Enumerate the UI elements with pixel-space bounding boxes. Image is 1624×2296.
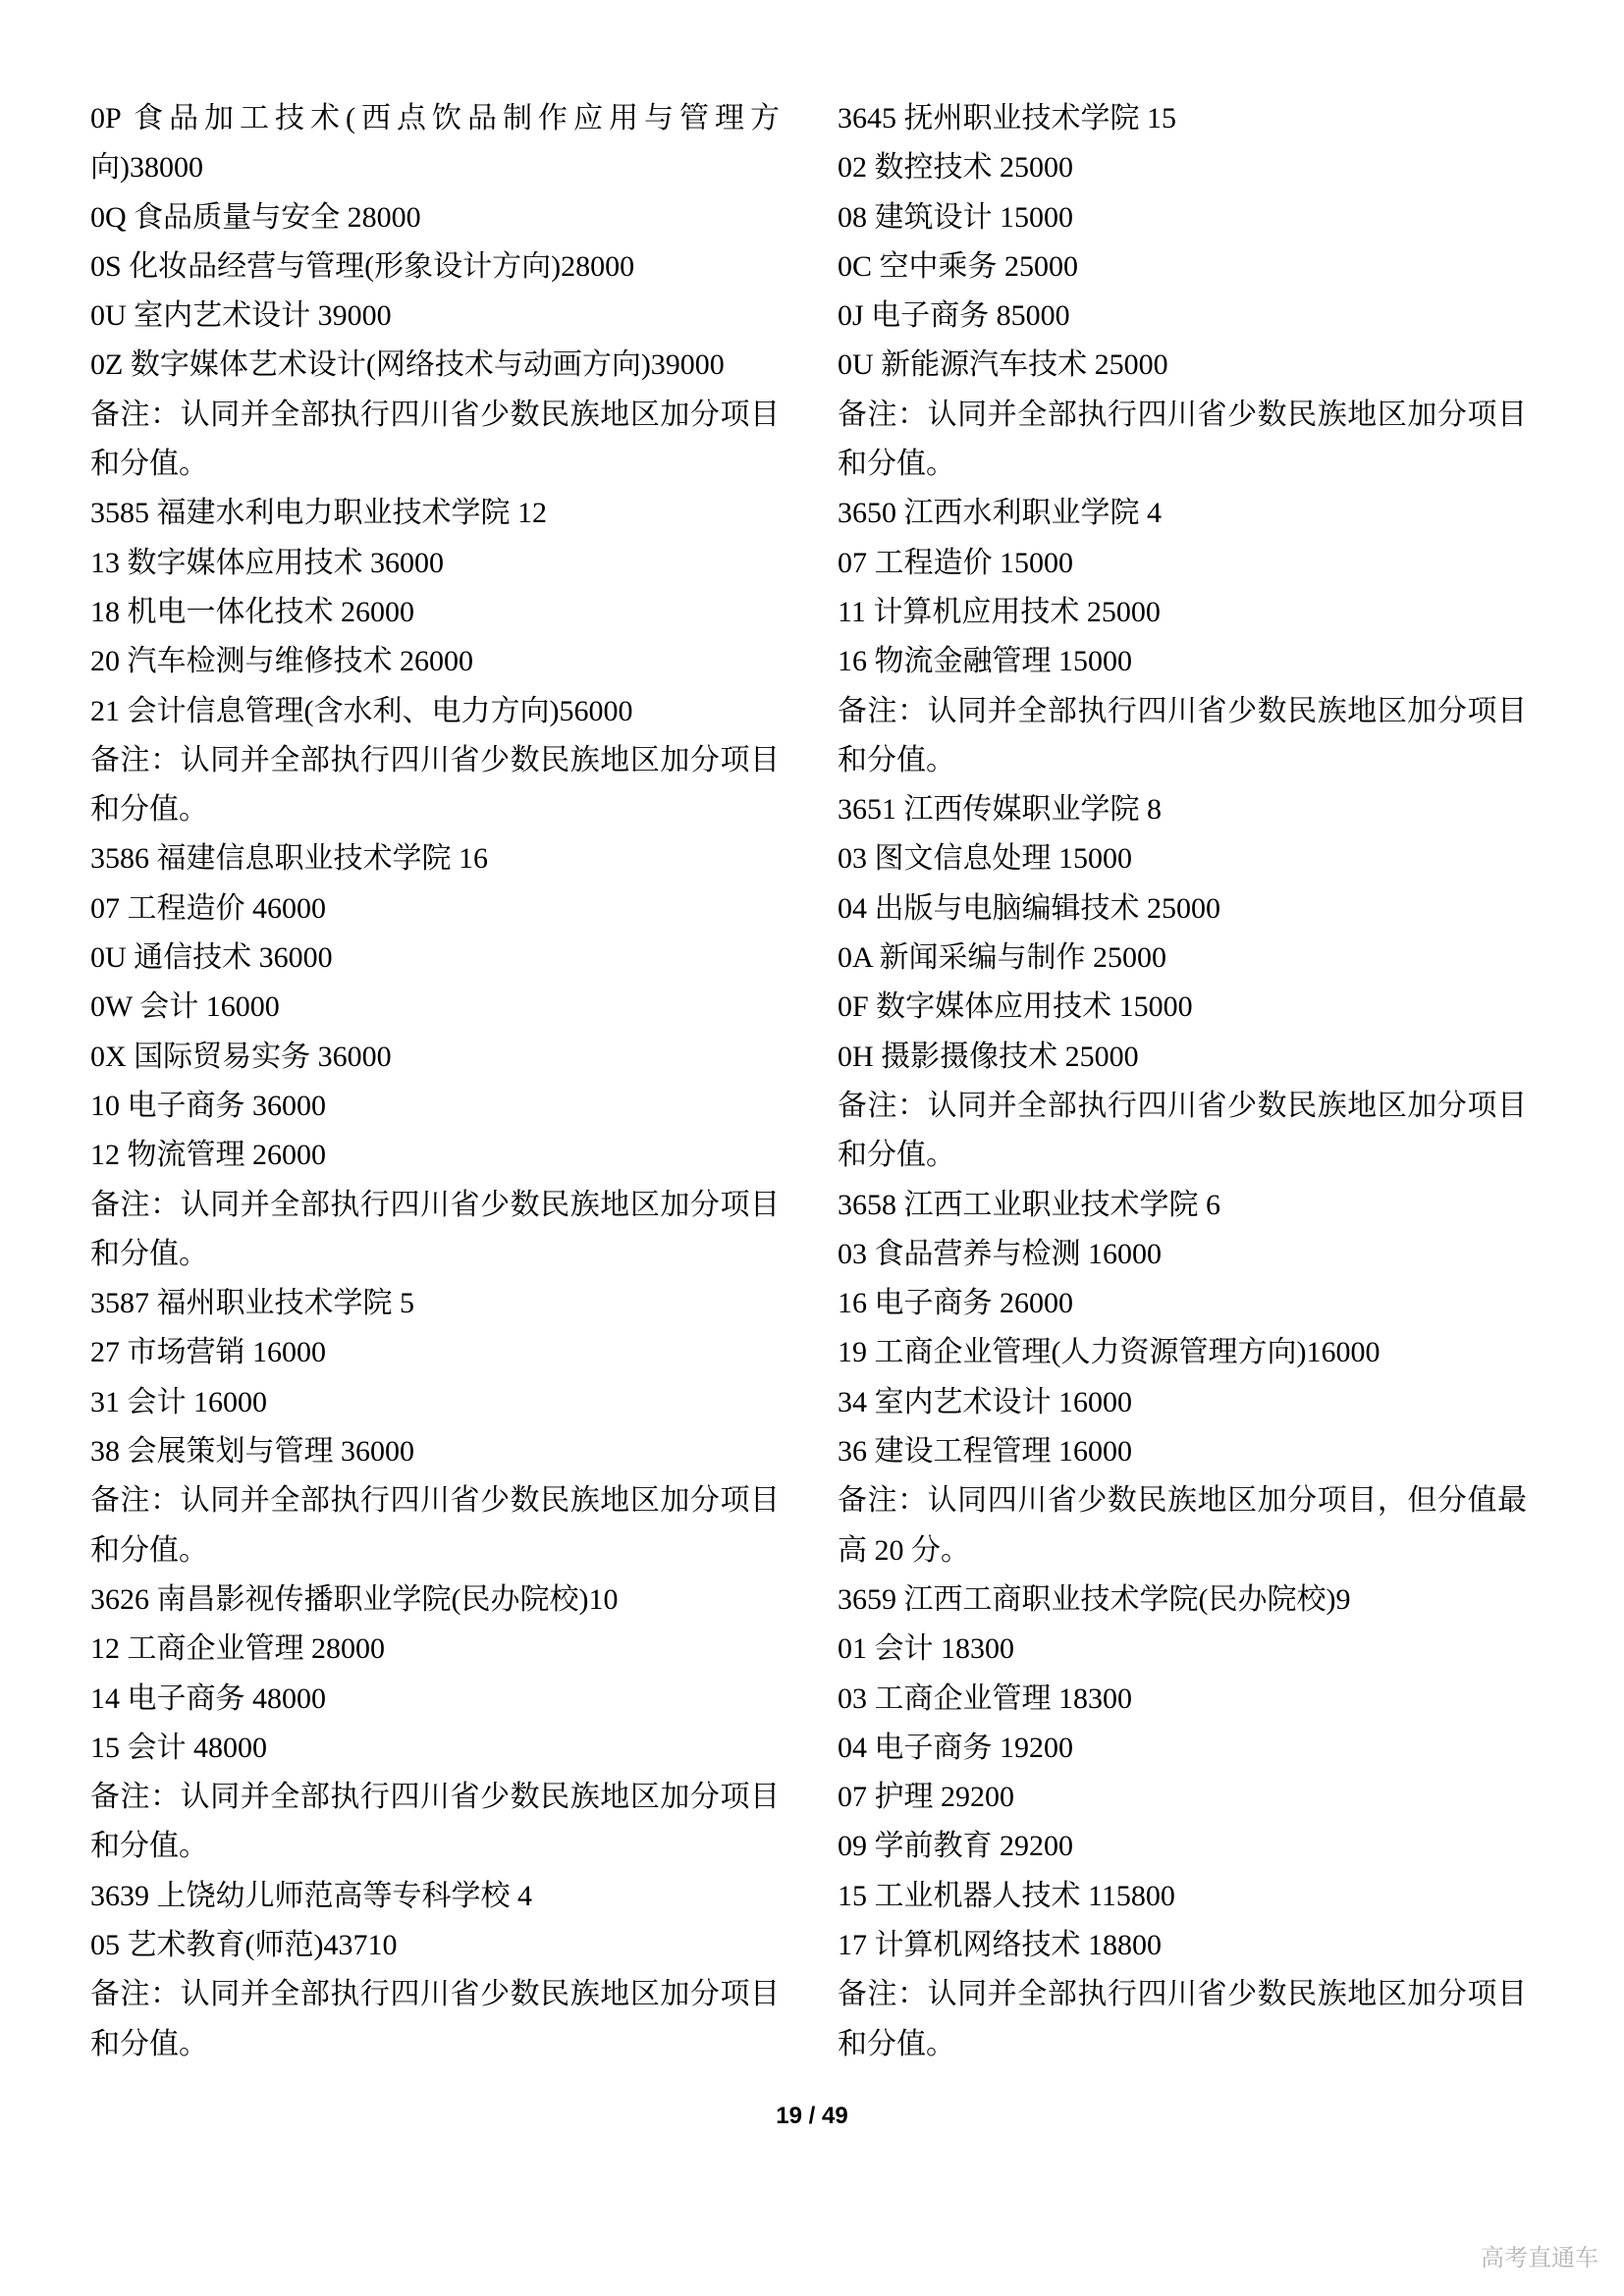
page-number: 19 / 49 (0, 2103, 1624, 2130)
text-line: 03 食品营养与检测 16000 (838, 1230, 1527, 1279)
text-line: 向)38000 (90, 143, 780, 192)
text-line: 04 出版与电脑编辑技术 25000 (838, 884, 1527, 934)
text-line: 03 工商企业管理 18300 (838, 1675, 1527, 1724)
text-line: 09 学前教育 29200 (838, 1822, 1527, 1871)
text-line: 31 会计 16000 (90, 1378, 780, 1427)
text-line: 3626 南昌影视传播职业学院(民办院校)10 (90, 1575, 780, 1625)
text-line: 38 会展策划与管理 36000 (90, 1427, 780, 1476)
text-line: 备注：认同并全部执行四川省少数民族地区加分项目 (90, 1181, 780, 1230)
text-line: 3645 抚州职业技术学院 15 (838, 94, 1527, 143)
text-line: 01 会计 18300 (838, 1625, 1527, 1674)
text-line: 16 电子商务 26000 (838, 1279, 1527, 1328)
text-line: 0P 食品加工技术(西点饮品制作应用与管理方 (90, 94, 780, 143)
text-line: 0C 空中乘务 25000 (838, 242, 1527, 292)
text-line: 10 电子商务 36000 (90, 1082, 780, 1131)
text-line: 备注：认同并全部执行四川省少数民族地区加分项目 (838, 687, 1527, 736)
text-line: 0J 电子商务 85000 (838, 292, 1527, 341)
text-line: 13 数字媒体应用技术 36000 (90, 539, 780, 588)
text-line: 15 会计 48000 (90, 1724, 780, 1773)
text-line: 和分值。 (838, 440, 1527, 489)
text-line: 备注：认同并全部执行四川省少数民族地区加分项目 (90, 736, 780, 785)
text-line: 3650 江西水利职业学院 4 (838, 489, 1527, 538)
text-line: 17 计算机网络技术 18800 (838, 1921, 1527, 1970)
text-line: 备注：认同并全部执行四川省少数民族地区加分项目 (838, 1082, 1527, 1131)
text-line: 12 工商企业管理 28000 (90, 1625, 780, 1674)
text-line: 19 工商企业管理(人力资源管理方向)16000 (838, 1328, 1527, 1377)
text-line: 3658 江西工业职业技术学院 6 (838, 1181, 1527, 1230)
text-line: 和分值。 (838, 736, 1527, 785)
text-line: 14 电子商务 48000 (90, 1675, 780, 1724)
text-line: 3639 上饶幼儿师范高等专科学校 4 (90, 1872, 780, 1921)
text-line: 12 物流管理 26000 (90, 1131, 780, 1180)
text-line: 0W 会计 16000 (90, 983, 780, 1032)
text-line: 27 市场营销 16000 (90, 1328, 780, 1377)
text-line: 3586 福建信息职业技术学院 16 (90, 834, 780, 883)
text-line: 和分值。 (90, 785, 780, 834)
text-line: 0S 化妆品经营与管理(形象设计方向)28000 (90, 242, 780, 292)
text-line: 和分值。 (90, 1526, 780, 1575)
text-line: 18 机电一体化技术 26000 (90, 588, 780, 637)
text-line: 16 物流金融管理 15000 (838, 637, 1527, 686)
text-line: 34 室内艺术设计 16000 (838, 1378, 1527, 1427)
watermark: 高考直通车 (1481, 2238, 1598, 2272)
text-line: 0H 摄影摄像技术 25000 (838, 1033, 1527, 1082)
text-line: 备注：认同并全部执行四川省少数民族地区加分项目 (90, 1970, 780, 2019)
text-line: 0Z 数字媒体艺术设计(网络技术与动画方向)39000 (90, 341, 780, 390)
text-line: 0U 新能源汽车技术 25000 (838, 341, 1527, 390)
text-line: 备注：认同并全部执行四川省少数民族地区加分项目 (838, 1970, 1527, 2019)
text-line: 和分值。 (90, 1822, 780, 1871)
text-column-left: 0P 食品加工技术(西点饮品制作应用与管理方向)380000Q 食品质量与安全 … (90, 94, 780, 2069)
text-line: 0U 通信技术 36000 (90, 934, 780, 983)
text-line: 高 20 分。 (838, 1526, 1527, 1575)
text-line: 05 艺术教育(师范)43710 (90, 1921, 780, 1970)
text-line: 15 工业机器人技术 115800 (838, 1872, 1527, 1921)
text-line: 备注：认同四川省少数民族地区加分项目，但分值最 (838, 1476, 1527, 1525)
text-line: 11 计算机应用技术 25000 (838, 588, 1527, 637)
text-line: 和分值。 (838, 2020, 1527, 2069)
document-page: 0P 食品加工技术(西点饮品制作应用与管理方向)380000Q 食品质量与安全 … (0, 0, 1624, 2296)
text-line: 08 建筑设计 15000 (838, 193, 1527, 242)
text-line: 0A 新闻采编与制作 25000 (838, 934, 1527, 983)
text-line: 07 护理 29200 (838, 1773, 1527, 1822)
text-line: 04 电子商务 19200 (838, 1724, 1527, 1773)
text-line: 03 图文信息处理 15000 (838, 834, 1527, 883)
text-line: 和分值。 (90, 440, 780, 489)
text-line: 和分值。 (90, 1230, 780, 1279)
text-line: 备注：认同并全部执行四川省少数民族地区加分项目 (838, 391, 1527, 440)
text-column-right: 3645 抚州职业技术学院 1502 数控技术 2500008 建筑设计 150… (838, 94, 1527, 2069)
text-line: 备注：认同并全部执行四川省少数民族地区加分项目 (90, 1773, 780, 1822)
text-line: 07 工程造价 15000 (838, 539, 1527, 588)
text-line: 3659 江西工商职业技术学院(民办院校)9 (838, 1575, 1527, 1625)
text-line: 3587 福州职业技术学院 5 (90, 1279, 780, 1328)
text-line: 3651 江西传媒职业学院 8 (838, 785, 1527, 834)
text-line: 0X 国际贸易实务 36000 (90, 1033, 780, 1082)
text-line: 0U 室内艺术设计 39000 (90, 292, 780, 341)
text-line: 02 数控技术 25000 (838, 143, 1527, 192)
text-line: 20 汽车检测与维修技术 26000 (90, 637, 780, 686)
text-line: 21 会计信息管理(含水利、电力方向)56000 (90, 687, 780, 736)
text-line: 备注：认同并全部执行四川省少数民族地区加分项目 (90, 391, 780, 440)
text-line: 07 工程造价 46000 (90, 884, 780, 934)
text-line: 和分值。 (838, 1131, 1527, 1180)
text-line: 36 建设工程管理 16000 (838, 1427, 1527, 1476)
text-line: 3585 福建水利电力职业技术学院 12 (90, 489, 780, 538)
text-line: 备注：认同并全部执行四川省少数民族地区加分项目 (90, 1476, 780, 1525)
text-line: 0F 数字媒体应用技术 15000 (838, 983, 1527, 1032)
text-line: 0Q 食品质量与安全 28000 (90, 193, 780, 242)
text-line: 和分值。 (90, 2020, 780, 2069)
